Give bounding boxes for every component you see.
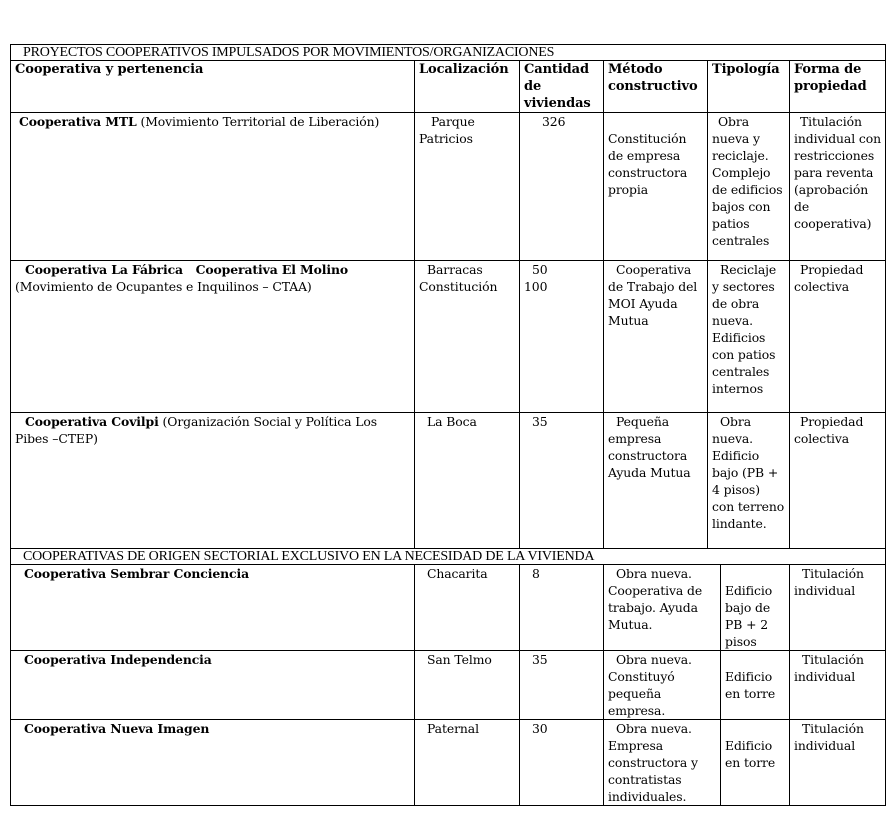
table-row: Cooperativa Covilpi (Organización Social… — [11, 413, 886, 549]
cantidad-value: 50 100 — [524, 261, 564, 295]
metodo-value: Obra nueva. Empresa constructora y contr… — [608, 720, 716, 805]
propiedad-value: Propiedad colectiva — [794, 261, 881, 295]
metodo-value: Pequeña empresa constructora Ayuda Mutua — [608, 413, 703, 481]
propiedad-value: Titulación individual — [794, 651, 881, 685]
propiedad-value: Titulación individual — [794, 565, 881, 599]
localizacion-value: Paternal — [427, 721, 479, 736]
propiedad-cell: Titulación individual con restricciones … — [790, 113, 886, 261]
propiedad-cell: Titulación individual — [790, 651, 886, 720]
table-row: Cooperativa Sembrar Conciencia Chacarita… — [11, 565, 886, 651]
section-header-row: COOPERATIVAS DE ORIGEN SECTORIAL EXCLUSI… — [11, 549, 886, 565]
cooperative-cell: Cooperativa Independencia — [11, 651, 415, 720]
header-cooperativa: Cooperativa y pertenencia — [11, 61, 415, 113]
cantidad-cell: 30 — [520, 720, 604, 806]
cooperative-cell: Cooperativa Nueva Imagen — [11, 720, 415, 806]
cooperative-cell: Cooperativa Covilpi (Organización Social… — [11, 413, 415, 549]
localizacion-value: La Boca — [427, 414, 477, 429]
cooperative-name: Cooperativa La Fábrica Cooperativa El Mo… — [15, 261, 410, 278]
cooperatives-table-document: PROYECTOS COOPERATIVOS IMPULSADOS POR MO… — [10, 44, 885, 806]
tipologia-cell: Reciclaje y sectores de obra nueva. Edif… — [708, 261, 790, 413]
cantidad-cell: 326 — [520, 113, 604, 261]
table-row: Cooperativa MTL (Movimiento Territorial … — [11, 113, 886, 261]
cantidad-cell: 35 — [520, 413, 604, 549]
propiedad-cell: Titulación individual — [790, 720, 886, 806]
cooperative-name: Cooperativa Nueva Imagen — [24, 721, 209, 736]
metodo-tipologia-cell: Obra nueva. Cooperativa de trabajo. Ayud… — [604, 565, 790, 651]
tipologia-cell: Edificio en torre — [721, 720, 790, 805]
metodo-tipologia-subtable: Obra nueva. Constituyó pequeña empresa. … — [604, 651, 789, 719]
metodo-cell: Obra nueva. Constituyó pequeña empresa. — [604, 651, 721, 719]
localizacion-value: Barracas Constitución — [419, 261, 507, 295]
cantidad-cell: 50 100 — [520, 261, 604, 413]
tipologia-cell: Obra nueva. Edificio bajo (PB + 4 pisos)… — [708, 413, 790, 549]
tipologia-value: Obra nueva. Edificio bajo (PB + 4 pisos)… — [712, 413, 785, 532]
metodo-cell: Obra nueva. Cooperativa de trabajo. Ayud… — [604, 565, 721, 650]
header-cantidad: Cantidad de viviendas — [520, 61, 604, 113]
cooperatives-table: PROYECTOS COOPERATIVOS IMPULSADOS POR MO… — [10, 44, 886, 806]
localizacion-cell: La Boca — [415, 413, 520, 549]
table-row: Cooperativa La Fábrica Cooperativa El Mo… — [11, 261, 886, 413]
propiedad-value: Titulación individual — [794, 720, 881, 754]
metodo-cell: Constitución de empresa constructora pro… — [604, 113, 708, 261]
section2-title: COOPERATIVAS DE ORIGEN SECTORIAL EXCLUSI… — [11, 549, 886, 565]
localizacion-cell: Paternal — [415, 720, 520, 806]
cantidad-value: 35 — [532, 652, 548, 667]
tipologia-value: Reciclaje y sectores de obra nueva. Edif… — [712, 261, 785, 397]
localizacion-cell: Chacarita — [415, 565, 520, 651]
header-propiedad: Forma de propiedad — [790, 61, 886, 113]
metodo-value: Obra nueva. Cooperativa de trabajo. Ayud… — [608, 565, 716, 633]
metodo-cell: Pequeña empresa constructora Ayuda Mutua — [604, 413, 708, 549]
cantidad-cell: 8 — [520, 565, 604, 651]
metodo-tipologia-cell: Obra nueva. Constituyó pequeña empresa. … — [604, 651, 790, 720]
metodo-cell: Obra nueva. Empresa constructora y contr… — [604, 720, 721, 805]
cantidad-cell: 35 — [520, 651, 604, 720]
propiedad-value: Propiedad colectiva — [794, 413, 881, 447]
metodo-tipologia-subtable: Obra nueva. Cooperativa de trabajo. Ayud… — [604, 565, 789, 650]
localizacion-cell: Parque Patricios — [415, 113, 520, 261]
tipologia-cell: Edificio bajo de PB + 2 pisos — [721, 565, 790, 650]
cooperative-name: Cooperativa Covilpi — [25, 414, 159, 429]
cooperative-cell: Cooperativa Sembrar Conciencia — [11, 565, 415, 651]
header-metodo: Método constructivo — [604, 61, 708, 113]
propiedad-cell: Propiedad colectiva — [790, 413, 886, 549]
cooperative-cell: Cooperativa La Fábrica Cooperativa El Mo… — [11, 261, 415, 413]
cooperative-name: Cooperativa MTL — [19, 114, 137, 129]
tipologia-cell: Obra nueva y reciclaje. Complejo de edif… — [708, 113, 790, 261]
table-row: Cooperativa Independencia San Telmo 35 O… — [11, 651, 886, 720]
tipologia-value: Obra nueva y reciclaje. Complejo de edif… — [712, 113, 785, 249]
cooperative-org: (Movimiento de Ocupantes e Inquilinos – … — [15, 279, 312, 294]
propiedad-value: Titulación individual con restricciones … — [794, 113, 881, 232]
cantidad-value: 35 — [532, 414, 548, 429]
metodo-cell: Cooperativa de Trabajo del MOI Ayuda Mut… — [604, 261, 708, 413]
cantidad-value: 30 — [532, 721, 548, 736]
cooperative-name: Cooperativa Independencia — [24, 652, 212, 667]
section1-title: PROYECTOS COOPERATIVOS IMPULSADOS POR MO… — [11, 45, 886, 61]
metodo-value: Cooperativa de Trabajo del MOI Ayuda Mut… — [608, 261, 703, 329]
header-localizacion: Localización — [415, 61, 520, 113]
cantidad-value: 326 — [542, 114, 565, 129]
table-row: Cooperativa Nueva Imagen Paternal 30 Obr… — [11, 720, 886, 806]
metodo-tipologia-subtable: Obra nueva. Empresa constructora y contr… — [604, 720, 789, 805]
cantidad-value: 8 — [532, 566, 540, 581]
metodo-tipologia-cell: Obra nueva. Empresa constructora y contr… — [604, 720, 790, 806]
section-header-row: PROYECTOS COOPERATIVOS IMPULSADOS POR MO… — [11, 45, 886, 61]
header-tipologia: Tipología — [708, 61, 790, 113]
propiedad-cell: Titulación individual — [790, 565, 886, 651]
localizacion-cell: San Telmo — [415, 651, 520, 720]
column-header-row: Cooperativa y pertenencia Localización C… — [11, 61, 886, 113]
localizacion-value: Parque Patricios — [419, 113, 515, 147]
cooperative-name: Cooperativa Sembrar Conciencia — [24, 566, 249, 581]
tipologia-cell: Edificio en torre — [721, 651, 790, 719]
metodo-value: Obra nueva. Constituyó pequeña empresa. — [608, 651, 716, 719]
localizacion-cell: Barracas Constitución — [415, 261, 520, 413]
cooperative-org: (Movimiento Territorial de Liberación) — [137, 114, 380, 129]
localizacion-value: Chacarita — [427, 566, 488, 581]
propiedad-cell: Propiedad colectiva — [790, 261, 886, 413]
localizacion-value: San Telmo — [427, 652, 492, 667]
cooperative-cell: Cooperativa MTL (Movimiento Territorial … — [11, 113, 415, 261]
